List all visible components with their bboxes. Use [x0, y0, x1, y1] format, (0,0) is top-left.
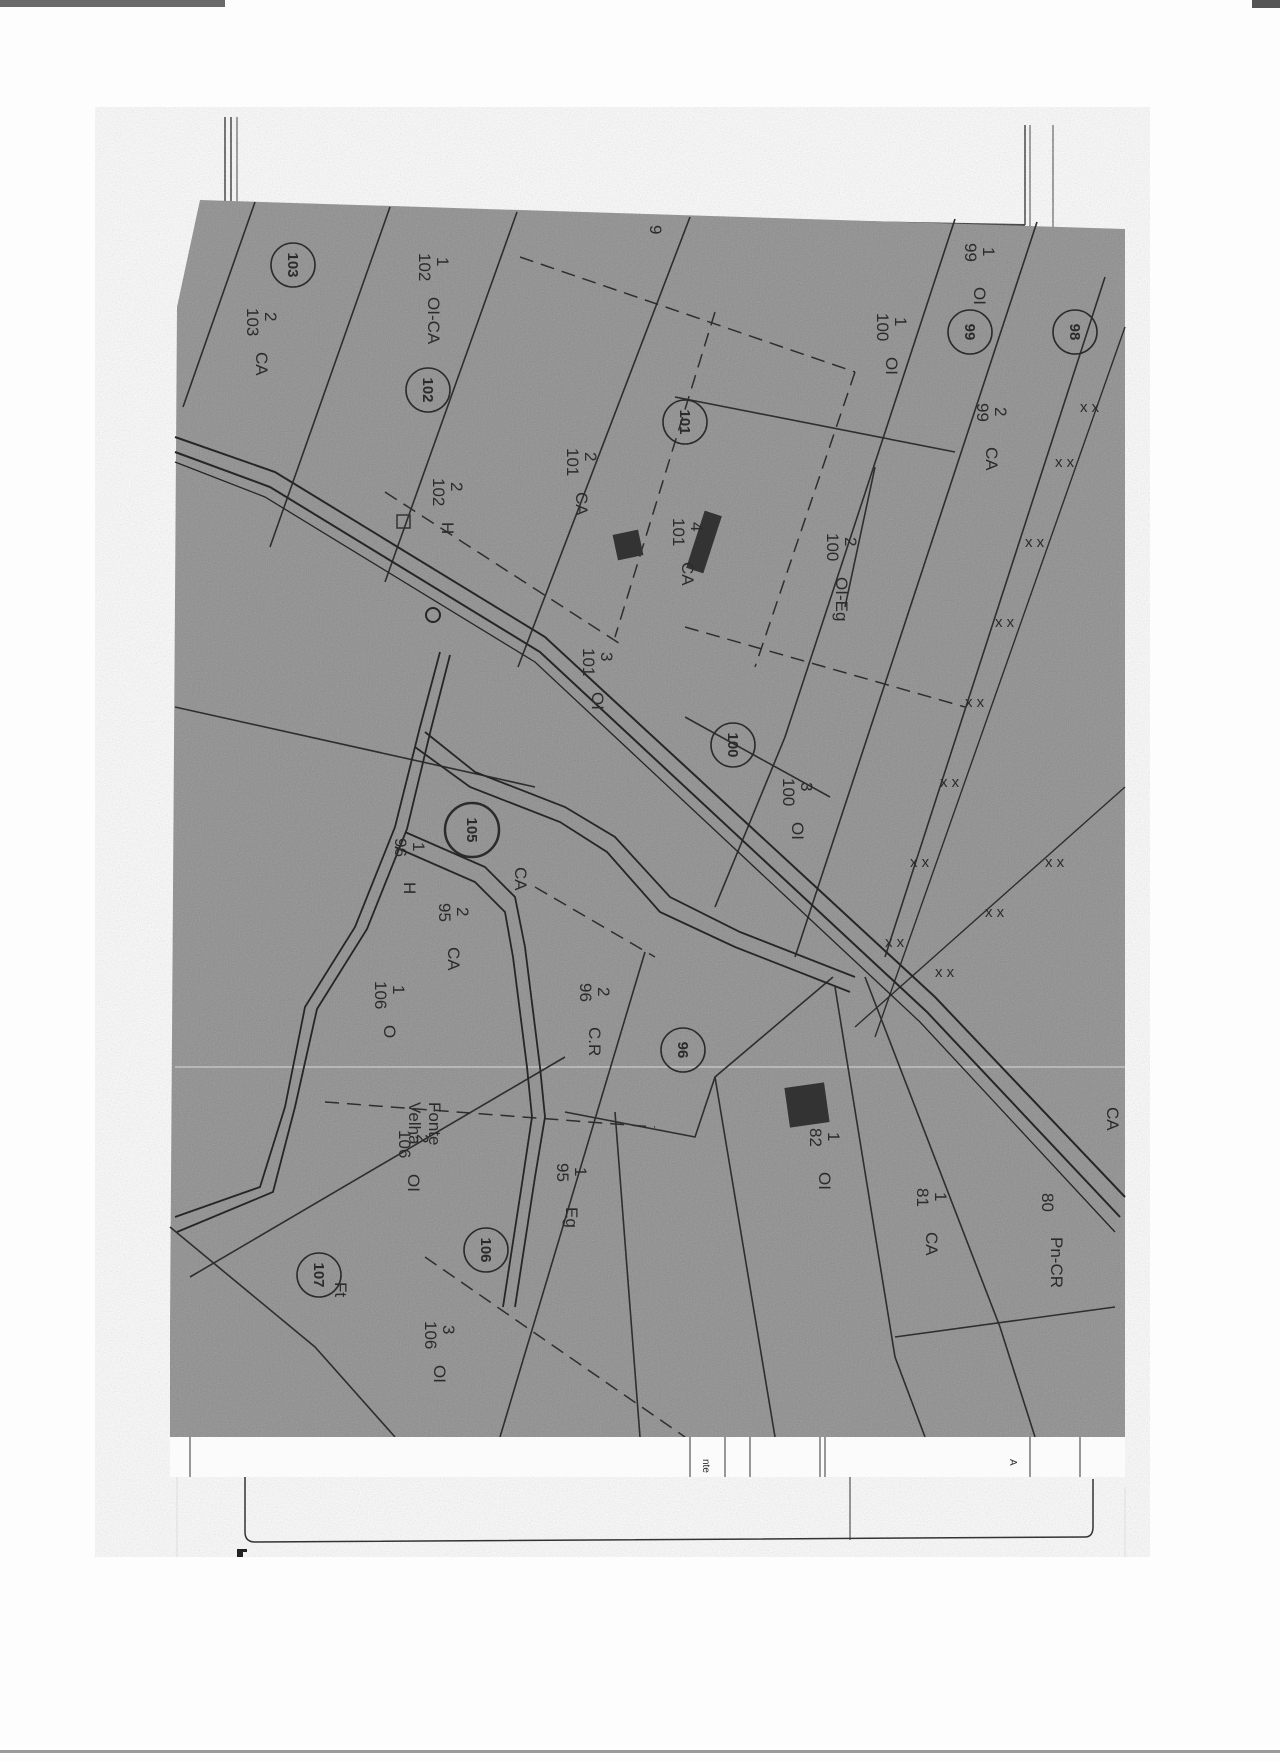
- svg-text:1: 1: [891, 317, 910, 326]
- scan-edge-left: [0, 0, 225, 7]
- svg-text:2: 2: [594, 987, 613, 996]
- svg-text:H: H: [438, 522, 457, 534]
- parcel-label: 103: [284, 252, 301, 277]
- svg-text:1: 1: [571, 1167, 590, 1176]
- svg-text:106: 106: [421, 1321, 440, 1349]
- parcel-label: 101: [676, 409, 693, 434]
- svg-text:1: 1: [433, 257, 452, 266]
- parcel-label: 96: [674, 1042, 691, 1059]
- svg-text:CA: CA: [511, 867, 530, 891]
- svg-text:O: O: [380, 1025, 399, 1038]
- svg-text:2: 2: [841, 537, 860, 546]
- svg-text:x x: x x: [885, 934, 905, 951]
- parcel-label: 106: [477, 1237, 494, 1262]
- svg-text:Fonte: Fonte: [425, 1102, 444, 1145]
- svg-text:102: 102: [415, 253, 434, 281]
- svg-text:82: 82: [806, 1128, 825, 1147]
- scan-bottom-edge: [0, 1750, 1280, 1753]
- svg-text:OI: OI: [404, 1174, 423, 1192]
- svg-text:2: 2: [447, 482, 466, 491]
- scan-edge-right: [1252, 0, 1280, 8]
- svg-text:OI: OI: [788, 822, 807, 840]
- parcel-label: 100: [724, 732, 741, 757]
- svg-text:101: 101: [563, 448, 582, 476]
- svg-text:2: 2: [261, 312, 280, 321]
- svg-text:102: 102: [429, 478, 448, 506]
- svg-text:x x: x x: [1055, 454, 1075, 471]
- svg-text:95: 95: [553, 1163, 572, 1182]
- parcel-label: 105: [463, 817, 480, 842]
- svg-text:96: 96: [391, 838, 410, 857]
- svg-text:81: 81: [913, 1188, 932, 1207]
- svg-text:CA: CA: [982, 447, 1001, 471]
- bottom-strip-text-right: A: [1007, 1459, 1018, 1466]
- svg-text:CA: CA: [252, 352, 271, 376]
- svg-text:OI: OI: [970, 287, 989, 305]
- footer-logo: mm: [237, 1549, 263, 1557]
- svg-text:x x: x x: [935, 964, 955, 981]
- svg-text:OI: OI: [815, 1172, 834, 1190]
- svg-text:Velha: Velha: [405, 1102, 424, 1145]
- svg-text:OI-Eg: OI-Eg: [832, 577, 851, 621]
- svg-text:CA: CA: [922, 1232, 941, 1256]
- place-name-fonte-velha: Fonte Velha: [405, 1102, 444, 1145]
- svg-text:101: 101: [669, 518, 688, 546]
- svg-text:x x: x x: [1025, 534, 1045, 551]
- svg-text:x x: x x: [910, 854, 930, 871]
- svg-text:3: 3: [597, 652, 616, 661]
- svg-text:C.R: C.R: [585, 1027, 604, 1056]
- svg-text:CA: CA: [572, 492, 591, 516]
- svg-text:100: 100: [823, 533, 842, 561]
- svg-text:Ft: Ft: [331, 1282, 350, 1297]
- svg-text:OI: OI: [588, 692, 607, 710]
- svg-text:106: 106: [371, 981, 390, 1009]
- svg-text:Eg: Eg: [562, 1207, 581, 1228]
- parcel-label: 102: [419, 377, 436, 402]
- svg-text:x x: x x: [940, 774, 960, 791]
- parcel-label: 107: [310, 1262, 327, 1287]
- svg-text:1: 1: [389, 985, 408, 994]
- cadastral-map: x xx xx x x xx xx x x xx xx x x xx x: [95, 107, 1150, 1557]
- svg-text:4: 4: [687, 522, 706, 531]
- svg-text:100: 100: [779, 778, 798, 806]
- bottom-strip-text: nte: [700, 1459, 711, 1473]
- svg-text:95: 95: [435, 903, 454, 922]
- svg-text:x x: x x: [1080, 399, 1100, 416]
- bottom-frame: [170, 1437, 1125, 1557]
- svg-text:OI: OI: [882, 357, 901, 375]
- svg-text:3: 3: [439, 1325, 458, 1334]
- svg-text:x x: x x: [965, 694, 985, 711]
- svg-text:Pn-CR: Pn-CR: [1047, 1237, 1066, 1288]
- svg-text:H: H: [400, 882, 419, 894]
- svg-text:x x: x x: [995, 614, 1015, 631]
- map-sheet: x xx xx x x xx xx x x xx xx x x xx x: [95, 107, 1150, 1557]
- svg-text:OI-CA: OI-CA: [424, 297, 443, 345]
- svg-text:1: 1: [931, 1192, 950, 1201]
- svg-text:101: 101: [579, 648, 598, 676]
- right-edge-label: CA: [1103, 1107, 1122, 1131]
- svg-text:80: 80: [1038, 1193, 1057, 1212]
- svg-text:1: 1: [409, 842, 428, 851]
- svg-text:99: 99: [973, 403, 992, 422]
- svg-text:x x: x x: [985, 904, 1005, 921]
- sheet-mark: 9: [646, 225, 665, 234]
- parcel-label: 98: [1066, 324, 1083, 341]
- svg-text:100: 100: [873, 313, 892, 341]
- svg-text:2: 2: [991, 407, 1010, 416]
- svg-text:99: 99: [961, 243, 980, 262]
- svg-text:96: 96: [576, 983, 595, 1002]
- svg-text:CA: CA: [444, 947, 463, 971]
- svg-text:x x: x x: [1045, 854, 1065, 871]
- svg-text:2: 2: [453, 907, 472, 916]
- svg-text:103: 103: [243, 308, 262, 336]
- parcel-label: 99: [961, 324, 978, 341]
- svg-text:OI: OI: [430, 1365, 449, 1383]
- svg-text:1: 1: [824, 1132, 843, 1141]
- svg-text:3: 3: [797, 782, 816, 791]
- svg-text:2: 2: [581, 452, 600, 461]
- svg-text:1: 1: [979, 247, 998, 256]
- svg-text:CA: CA: [678, 562, 697, 586]
